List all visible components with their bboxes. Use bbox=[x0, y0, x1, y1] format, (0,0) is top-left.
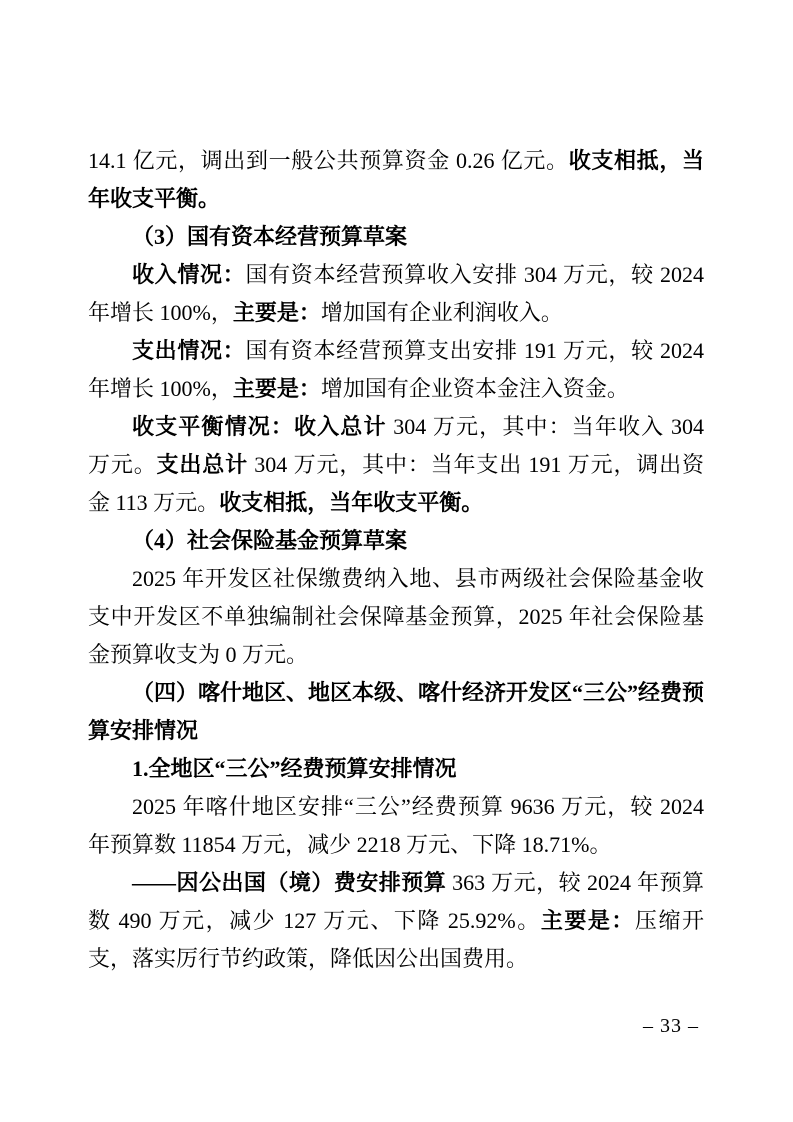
bold-text-run: （4）社会保险基金预算草案 bbox=[132, 528, 407, 553]
para-region-sangong-budget: 2025 年喀什地区安排“三公”经费预算 9636 万元，较 2024 年预算数… bbox=[88, 788, 704, 864]
bold-text-run: 主要是： bbox=[233, 300, 321, 325]
document-body: 14.1 亿元，调出到一般公共预算资金 0.26 亿元。收支相抵，当年收支平衡。… bbox=[88, 142, 704, 978]
bold-text-run: 支出总计 bbox=[157, 452, 248, 477]
page-number: – 33 – bbox=[643, 1014, 699, 1038]
text-run: 2025 年喀什地区安排“三公”经费预算 9636 万元，较 2024 年预算数… bbox=[88, 794, 704, 857]
bold-text-run: ——因公出国（境）费安排预算 bbox=[132, 870, 446, 895]
para-social-insurance: 2025 年开发区社保缴费纳入地、县市两级社会保险基金收支中开发区不单独编制社会… bbox=[88, 560, 704, 674]
para-balance-situation: 收支平衡情况：收入总计 304 万元，其中：当年收入 304 万元。支出总计 3… bbox=[88, 408, 704, 522]
heading-section-four-sangong: （四）喀什地区、地区本级、喀什经济开发区“三公”经费预算安排情况 bbox=[88, 674, 704, 750]
bold-text-run: 支出情况： bbox=[132, 338, 245, 363]
text-run: 增加国有企业利润收入。 bbox=[321, 300, 563, 325]
bold-text-run: 收支平衡情况：收入总计 bbox=[132, 414, 387, 439]
heading-state-capital-budget: （3）国有资本经营预算草案 bbox=[88, 218, 704, 256]
bold-text-run: （3）国有资本经营预算草案 bbox=[132, 224, 407, 249]
para-overseas-trips: ——因公出国（境）费安排预算 363 万元，较 2024 年预算数 490 万元… bbox=[88, 864, 704, 978]
text-run: 2025 年开发区社保缴费纳入地、县市两级社会保险基金收支中开发区不单独编制社会… bbox=[88, 566, 704, 667]
heading-social-insurance-budget: （4）社会保险基金预算草案 bbox=[88, 522, 704, 560]
bold-text-run: （四）喀什地区、地区本级、喀什经济开发区“三公”经费预算安排情况 bbox=[88, 680, 704, 743]
bold-text-run: 1.全地区“三公”经费预算安排情况 bbox=[132, 756, 457, 781]
bold-text-run: 主要是： bbox=[233, 376, 321, 401]
bold-text-run: 收入情况： bbox=[132, 262, 245, 287]
heading-sub-1-region-sangong: 1.全地区“三公”经费预算安排情况 bbox=[88, 750, 704, 788]
para-income-situation: 收入情况：国有资本经营预算收入安排 304 万元，较 2024 年增长 100%… bbox=[88, 256, 704, 332]
bold-text-run: 主要是： bbox=[541, 908, 635, 933]
bold-text-run: 收支相抵，当年收支平衡。 bbox=[219, 490, 483, 515]
para-expenditure-situation: 支出情况：国有资本经营预算支出安排 191 万元，较 2024 年增长 100%… bbox=[88, 332, 704, 408]
document-page: 14.1 亿元，调出到一般公共预算资金 0.26 亿元。收支相抵，当年收支平衡。… bbox=[0, 0, 793, 1122]
para-carryover-balance: 14.1 亿元，调出到一般公共预算资金 0.26 亿元。收支相抵，当年收支平衡。 bbox=[88, 142, 704, 218]
text-run: 14.1 亿元，调出到一般公共预算资金 0.26 亿元。 bbox=[88, 148, 569, 173]
text-run: 增加国有企业资本金注入资金。 bbox=[321, 376, 629, 401]
